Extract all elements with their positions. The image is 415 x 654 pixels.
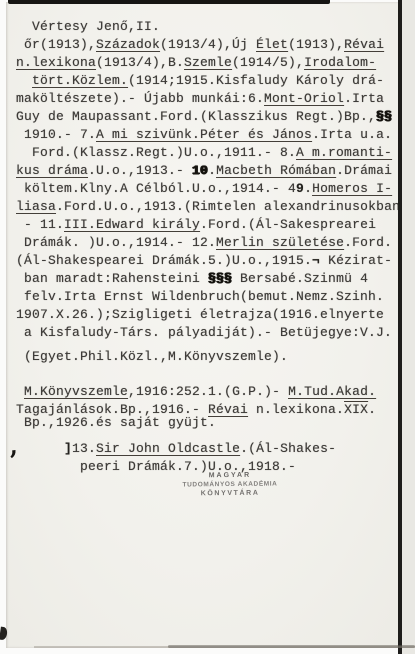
text-line: tört.Közlem.(1914;1915.Kisfaludy Károly … [16, 72, 415, 90]
text-line: Vértesy Jenő,II. [16, 18, 415, 36]
stamp-line: TUDOMÁNYOS AKADÉMIA [182, 480, 278, 488]
text-line: - 11.III.Edward király.Ford.(Ál-Sakespre… [16, 216, 415, 234]
text-line: liasa.Ford.U.o.,1913.(Rimtelen alexandri… [16, 198, 415, 216]
text-line: M.Könyvszemle,1916:252.1.(G.P.)- M.Tud.A… [16, 383, 415, 401]
scan-edge-bottom-dark [168, 645, 415, 648]
scan-edge-right [398, 0, 402, 654]
stamp-line: KÖNYVTÁRA [182, 489, 278, 497]
text-line: ban maradt:Rahensteini §§§ Bersabé.Szinm… [16, 270, 415, 288]
text-line: költem.Klny.A Célból.U.o.,1914.- 49.Home… [16, 180, 415, 198]
text-line: ]13.Sir John Oldcastle.(Ál-Shakes- [16, 440, 415, 458]
scan-edge-top [8, 0, 330, 4]
library-stamp: MAGYAR TUDOMÁNYOS AKADÉMIA KÖNYVTÁRA [182, 471, 278, 497]
card-text: Vértesy Jenő,II. őr(1913),Századok(1913/… [16, 18, 415, 476]
text-line: maköltészete).- Újabb munkái:6.Mont-Orio… [16, 90, 415, 108]
text-line: Ford.(Klassz.Regt.)U.o.,1911.- 8.A m.rom… [16, 144, 415, 162]
text-line: Drámák. )U.o.,1914.- 12.Merlin születése… [16, 234, 415, 252]
text-line: n.lexikona(1913/4),B.Szemle(1914/5),Irod… [16, 54, 415, 72]
catalog-card: Vértesy Jenő,II. őr(1913),Századok(1913/… [6, 2, 415, 648]
text-line: Guy de Maupassant.Ford.(Klasszikus Regt.… [16, 108, 415, 126]
text-line: a Kisfaludy-Társ. pályadiját).- Betüjegy… [16, 324, 415, 342]
text-line: 1907.X.26.);Szigligeti életrajza(1916.el… [16, 306, 415, 324]
text-line: 1910.- 7.A mi szivünk.Péter és János.Irt… [16, 126, 415, 144]
text-line: (Egyet.Phil.Közl.,M.Könyvszemle). [16, 348, 415, 366]
text-line: őr(1913),Századok(1913/4),Új Élet(1913),… [16, 36, 415, 54]
text-line: felv.Irta Ernst Wildenbruch(bemut.Nemz.S… [16, 288, 415, 306]
text-line: (Ál-Shakespearei Drámák.5.)U.o.,1915.¬ K… [16, 252, 415, 270]
stamp-line: MAGYAR [182, 471, 278, 479]
scanned-card-page: Vértesy Jenő,II. őr(1913),Századok(1913/… [0, 0, 415, 654]
scan-right-margin [402, 0, 415, 654]
text-line: kus dráma.U.o.,1913.- 10.Macbeth Rómában… [16, 162, 415, 180]
